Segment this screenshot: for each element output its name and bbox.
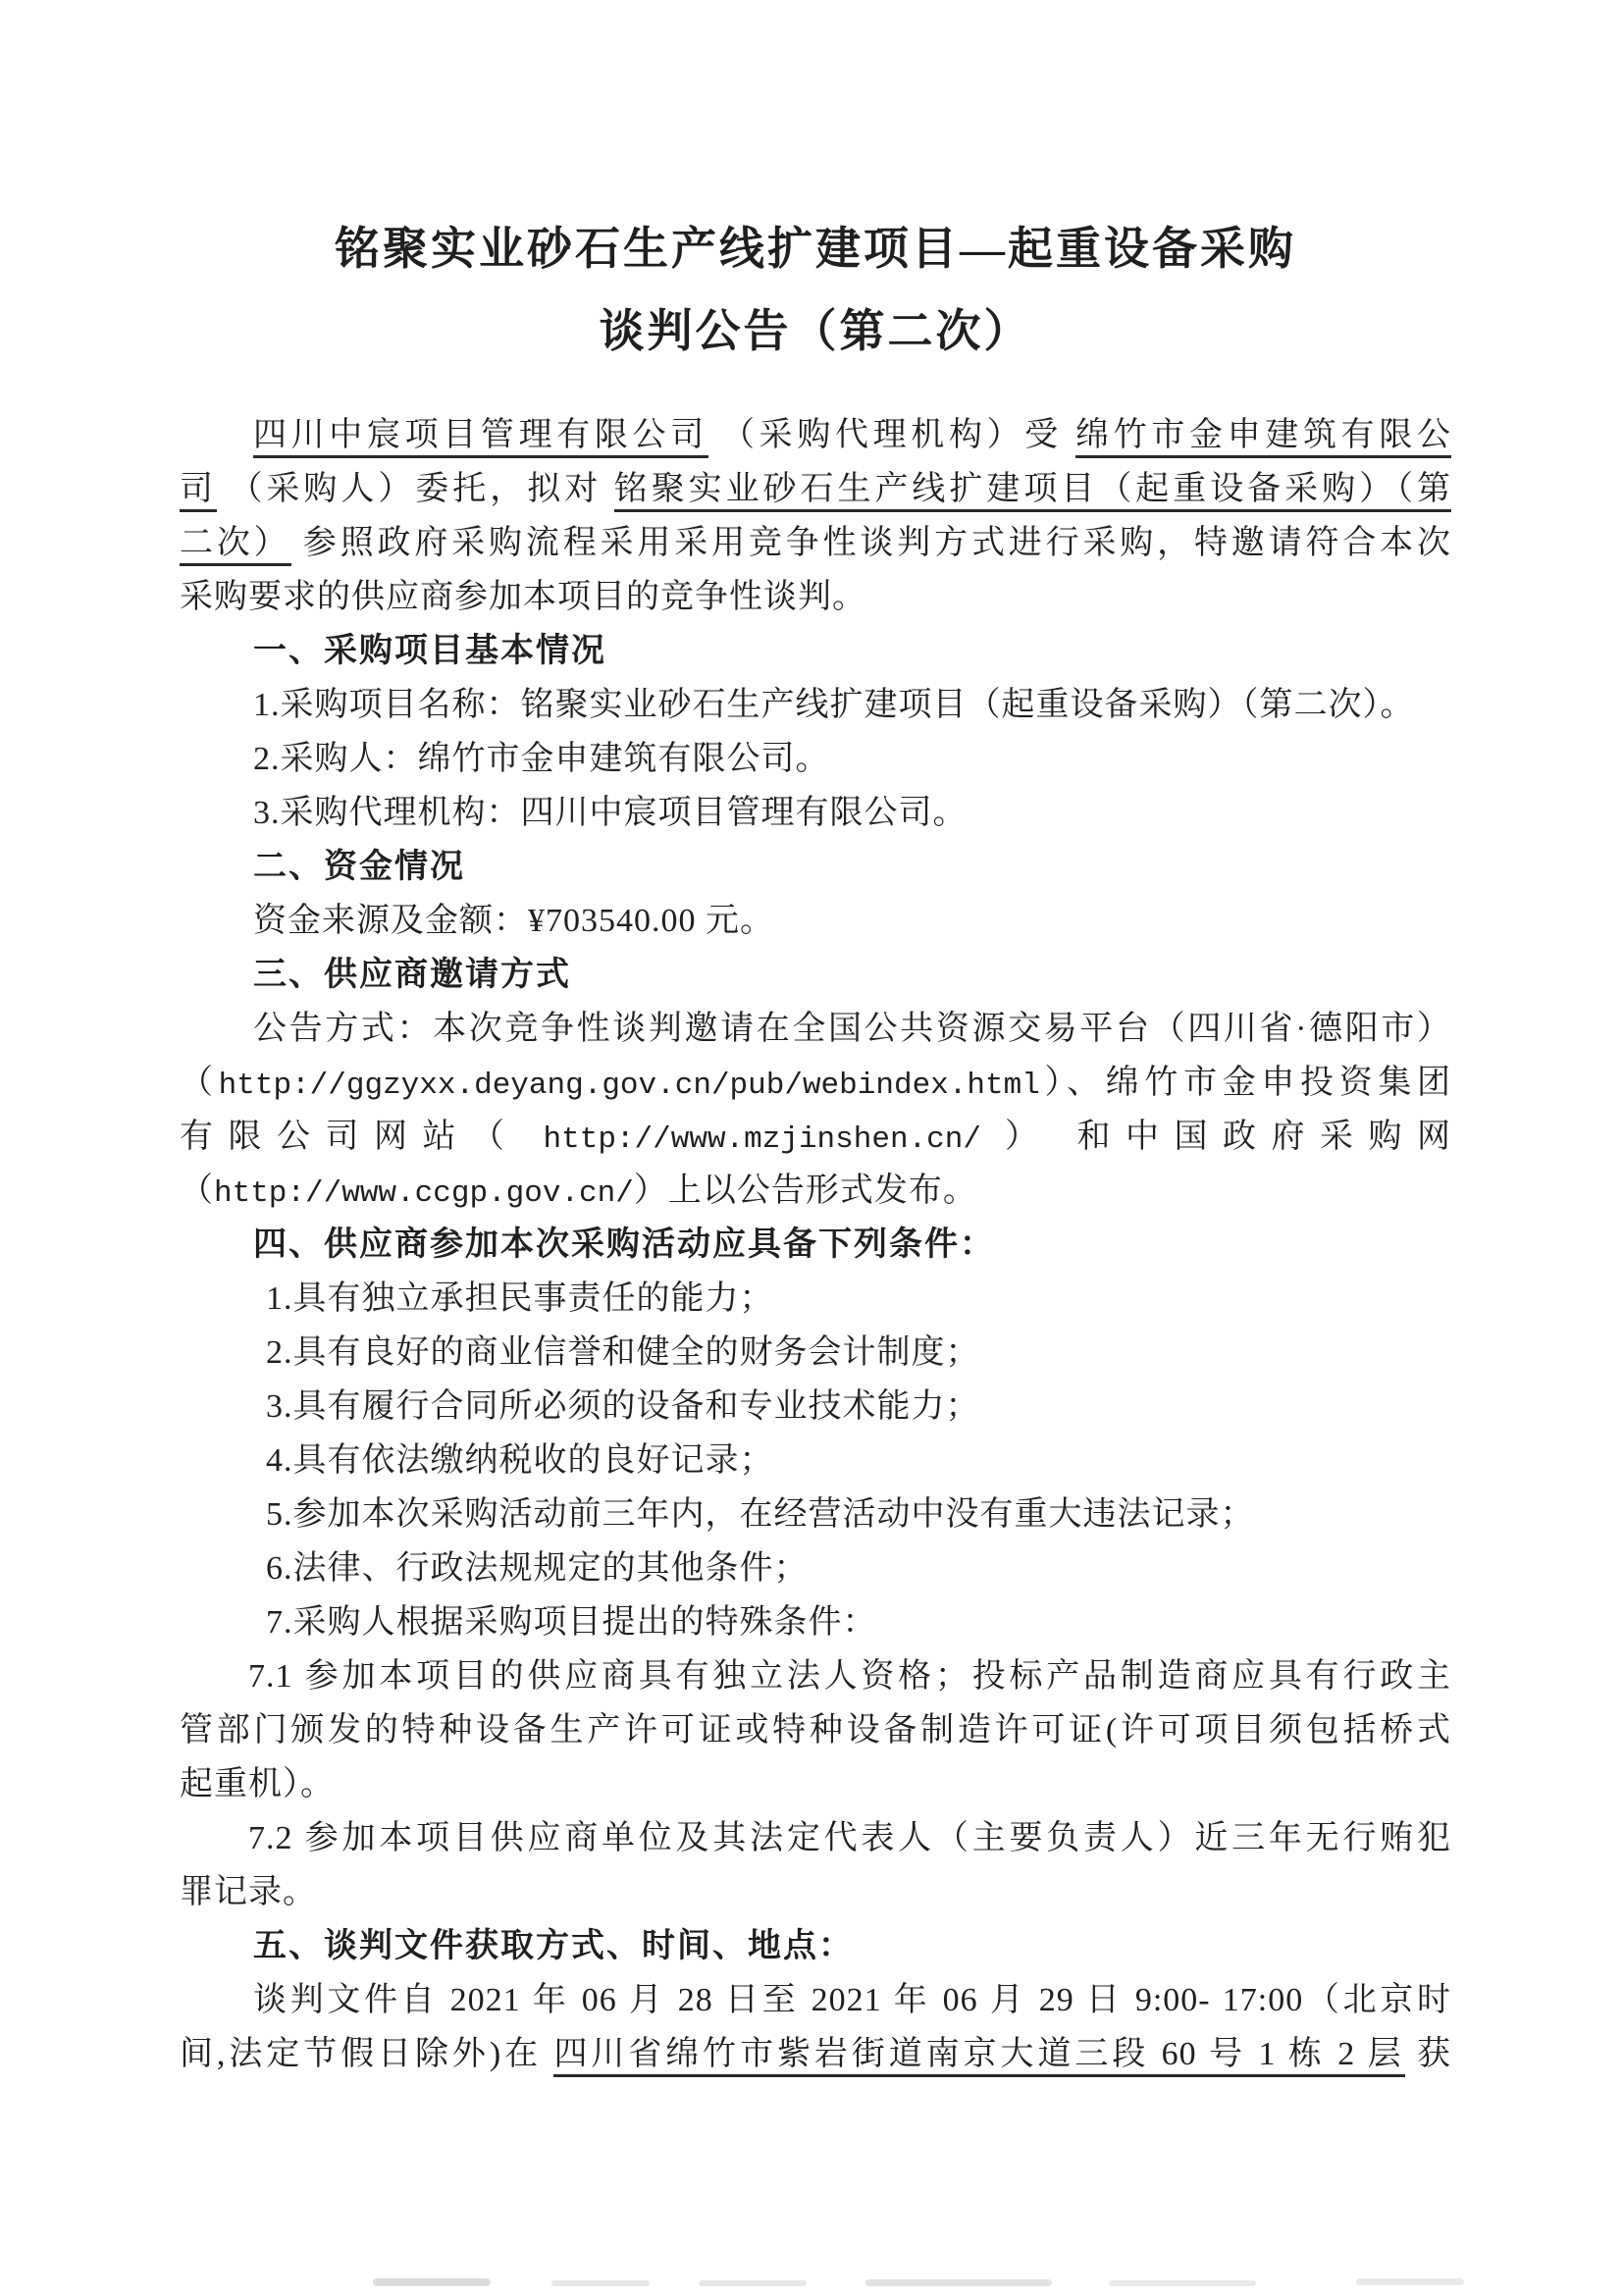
section3-text-5: ）上以公告形式发布。	[634, 1173, 977, 1209]
agency-name-underlined: 四川中宸项目管理有限公司	[253, 417, 708, 458]
scan-artifact	[1109, 2280, 1256, 2286]
section4-item-5: 5.参加本次采购活动前三年内，在经营活动中没有重大违法记录；	[180, 1487, 1451, 1541]
scan-artifact	[373, 2278, 491, 2286]
section3-line-4: （http://www.ccgp.gov.cn/）上以公告形式发布。	[180, 1164, 1451, 1218]
section5-line-1: 谈判文件自 2021 年 06 月 28 日至 2021 年 06 月 29 日…	[180, 1973, 1451, 2027]
document-content: 铭聚实业砂石生产线扩建项目—起重设备采购 谈判公告（第二次） 四川中宸项目管理有…	[180, 0, 1451, 2081]
intro-text-1: （采购代理机构）受	[708, 417, 1075, 453]
section3-text-2: ）、绵竹市金申投资集团	[1040, 1065, 1451, 1101]
paren-open-2: （	[180, 1173, 214, 1209]
intro-line-4: 采购要求的供应商参加本项目的竞争性谈判。	[180, 570, 1451, 624]
section4-item-7-1-line-2: 管部门颁发的特种设备生产许可证或特种设备制造许可证(许可项目须包括桥式	[180, 1703, 1451, 1757]
section3-text-3: 有限公司网站（	[180, 1119, 544, 1155]
section4-item-6: 6.法律、行政法规规定的其他条件；	[180, 1541, 1451, 1595]
section1-item-3: 3.采购代理机构：四川中宸项目管理有限公司。	[180, 786, 1451, 840]
section4-item-1: 1.具有独立承担民事责任的能力；	[180, 1272, 1451, 1326]
section4-item-7-2-line-2: 罪记录。	[180, 1865, 1451, 1919]
scan-artifact	[1356, 2278, 1464, 2285]
project-name-part-1: 铭聚实业砂石生产线扩建项目（起重设备采购）（第	[614, 471, 1451, 512]
intro-text-3: 参照政府采购流程采用采用竞争性谈判方式进行采购，特邀请符合本次	[291, 525, 1451, 561]
paren-open: （	[180, 1065, 219, 1101]
intro-line-1: 四川中宸项目管理有限公司 （采购代理机构）受 绵竹市金申建筑有限公	[180, 408, 1451, 462]
section5-text-1: 间,法定节假日除外)在	[180, 2036, 553, 2072]
document-page: 铭聚实业砂石生产线扩建项目—起重设备采购 谈判公告（第二次） 四川中宸项目管理有…	[0, 0, 1623, 2296]
document-pickup-address: 四川省绵竹市紫岩街道南京大道三段 60 号 1 栋 2 层	[553, 2036, 1404, 2077]
ccgp-website-url: http://www.ccgp.gov.cn/	[214, 1176, 634, 1211]
project-name-part-2: 二次）	[180, 525, 291, 566]
deyang-platform-url: http://ggzyxx.deyang.gov.cn/pub/webindex…	[219, 1069, 1040, 1103]
section3-line-1: 公告方式：本次竞争性谈判邀请在全国公共资源交易平台（四川省·德阳市）	[180, 1002, 1451, 1056]
section5-line-2: 间,法定节假日除外)在 四川省绵竹市紫岩街道南京大道三段 60 号 1 栋 2 …	[180, 2027, 1451, 2081]
scan-artifact	[551, 2280, 650, 2286]
section4-item-3: 3.具有履行合同所必须的设备和专业技术能力；	[180, 1380, 1451, 1434]
section4-item-7: 7.采购人根据采购项目提出的特殊条件：	[180, 1595, 1451, 1649]
section4-item-7-2-line-1: 7.2 参加本项目供应商单位及其法定代表人（主要负责人）近三年无行贿犯	[180, 1811, 1451, 1865]
section3-line-3: 有限公司网站（ http://www.mzjinshen.cn/ ） 和中国政府…	[180, 1110, 1451, 1164]
section4-item-2: 2.具有良好的商业信誉和健全的财务会计制度；	[180, 1326, 1451, 1380]
scan-artifact	[699, 2280, 807, 2286]
section1-item-1: 1.采购项目名称：铭聚实业砂石生产线扩建项目（起重设备采购）（第二次）。	[180, 678, 1451, 732]
intro-text-2: （采购人）委托，拟对	[217, 471, 614, 507]
section3-line-2: （http://ggzyxx.deyang.gov.cn/pub/webinde…	[180, 1056, 1451, 1110]
section4-heading: 四、供应商参加本次采购活动应具备下列条件：	[180, 1218, 1451, 1272]
section5-text-2: 获	[1405, 2036, 1451, 2072]
document-title-line-1: 铭聚实业砂石生产线扩建项目—起重设备采购	[180, 208, 1451, 290]
document-title-line-2: 谈判公告（第二次）	[180, 290, 1451, 373]
section5-heading: 五、谈判文件获取方式、时间、地点：	[180, 1919, 1451, 1973]
jinshen-website-url: http://www.mzjinshen.cn/	[544, 1122, 981, 1157]
section3-text-4: ） 和中国政府采购网	[981, 1119, 1451, 1155]
intro-line-2: 司 （采购人）委托，拟对 铭聚实业砂石生产线扩建项目（起重设备采购）（第	[180, 462, 1451, 516]
section3-heading: 三、供应商邀请方式	[180, 948, 1451, 1002]
section1-heading: 一、采购项目基本情况	[180, 624, 1451, 678]
section4-item-4: 4.具有依法缴纳税收的良好记录；	[180, 1434, 1451, 1487]
section4-item-7-1-line-1: 7.1 参加本项目的供应商具有独立法人资格；投标产品制造商应具有行政主	[180, 1649, 1451, 1703]
document-body: 四川中宸项目管理有限公司 （采购代理机构）受 绵竹市金申建筑有限公 司 （采购人…	[180, 408, 1451, 2081]
intro-line-3: 二次） 参照政府采购流程采用采用竞争性谈判方式进行采购，特邀请符合本次	[180, 516, 1451, 570]
section1-item-2: 2.采购人：绵竹市金申建筑有限公司。	[180, 732, 1451, 786]
document-title: 铭聚实业砂石生产线扩建项目—起重设备采购 谈判公告（第二次）	[180, 208, 1451, 373]
purchaser-name-part-2: 司	[180, 471, 217, 512]
scan-artifact	[865, 2279, 1052, 2286]
purchaser-name-part-1: 绵竹市金申建筑有限公	[1075, 417, 1451, 458]
section4-item-7-1-line-3: 起重机）。	[180, 1757, 1451, 1811]
section2-funding-amount: 资金来源及金额：¥703540.00 元。	[180, 894, 1451, 948]
section2-heading: 二、资金情况	[180, 840, 1451, 894]
